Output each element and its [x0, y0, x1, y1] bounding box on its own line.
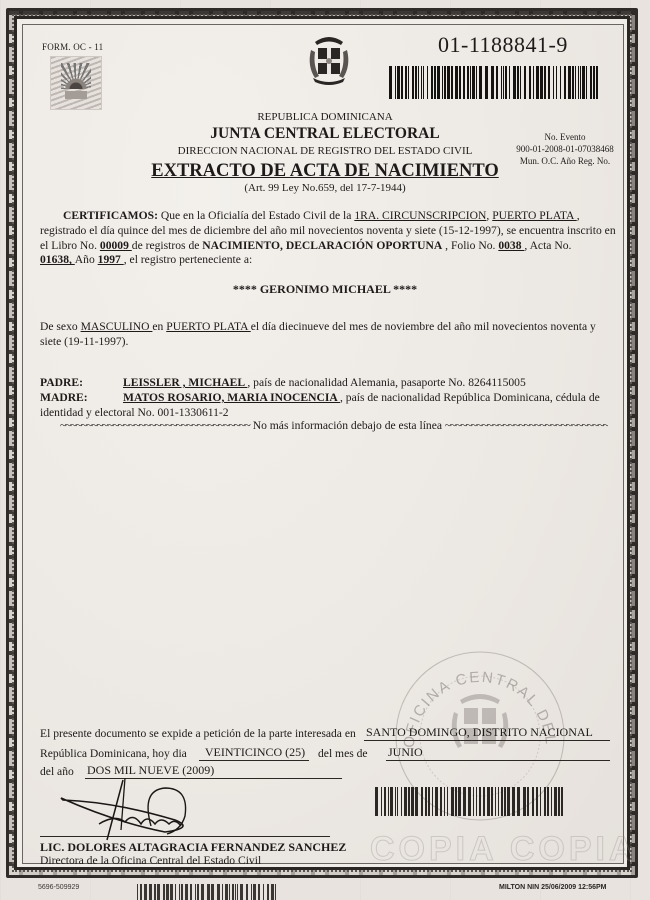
- footer-code: 5696-509929: [38, 884, 79, 891]
- birth-paragraph: De sexo MASCULINO en PUERTO PLATA el día…: [40, 320, 618, 350]
- coat-of-arms-icon: [303, 32, 355, 88]
- birth-text: en: [152, 320, 166, 333]
- father-row: PADRE:LEISSLER , MICHAEL , país de nacio…: [40, 376, 618, 391]
- issuance-place-field: SANTO DOMINGO, DISTRITO NACIONAL: [364, 725, 610, 741]
- folio-value: 0038: [498, 239, 524, 252]
- footer-print-stamp: MILTON NIN 25/06/2009 12:56PM: [499, 884, 607, 891]
- evento-block: No. Evento 900-01-2008-01-07038468 Mun. …: [500, 131, 630, 167]
- evento-label: No. Evento: [500, 131, 630, 143]
- tilde-line: ~~~~~~~~~~~~~~~~~~~~~~~~~~~~~~~~~~~~: [60, 419, 250, 432]
- cert-text: de registros de: [132, 239, 203, 252]
- country-heading: REPUBLICA DOMINICANA: [150, 111, 500, 123]
- issuance-day-field: VEINTICINCO (25): [199, 745, 309, 761]
- evento-number: 900-01-2008-01-07038468: [500, 143, 630, 155]
- cert-text: , Folio No.: [442, 239, 498, 252]
- separator-text: No más información debajo de esta línea: [250, 419, 445, 432]
- father-info: , país de nacionalidad Alemania, pasapor…: [247, 376, 525, 389]
- mother-row: MADRE:MATOS ROSARIO, MARIA INOCENCIA , p…: [40, 391, 618, 421]
- issuance-text-2: República Dominicana, hoy dia: [40, 747, 187, 760]
- registro-tipo: NACIMIENTO, DECLARACIÓN OPORTUNA: [202, 239, 442, 252]
- barcode-top: [389, 66, 600, 99]
- legal-reference: (Art. 99 Ley No.659, del 17-7-1944): [150, 182, 500, 194]
- signer-title: Directora de la Oficina Central del Esta…: [40, 854, 261, 867]
- cert-text: Que en la Oficialía del Estado Civil de …: [158, 209, 354, 222]
- cert-text: , Acta No.: [524, 239, 571, 252]
- directorate-heading: DIRECCION NACIONAL DE REGISTRO DEL ESTAD…: [130, 145, 520, 157]
- certification-paragraph: CERTIFICAMOS: Que en la Oficialía del Es…: [40, 209, 618, 268]
- tilde-line: ~~~~~~~~~~~~~~~~~~~~~~~~~~~~~~~~~~~~~~~~…: [445, 419, 608, 432]
- cert-text: Año: [75, 253, 98, 266]
- birth-text: De sexo: [40, 320, 81, 333]
- end-of-info-separator: ~~~~~~~~~~~~~~~~~~~~~~~~~~~~~~~~~~~~ No …: [60, 419, 608, 432]
- registrant-name: **** GERONIMO MICHAEL ****: [0, 282, 650, 297]
- barcode-bottom: [375, 787, 563, 816]
- mother-label: MADRE:: [40, 391, 123, 406]
- libro-value: 00009: [100, 239, 132, 252]
- signer-name: LIC. DOLORES ALTAGRACIA FERNANDEZ SANCHE…: [40, 840, 346, 855]
- evento-legend: Mun. O.C. Año Reg. No.: [500, 155, 630, 167]
- parents-section: PADRE:LEISSLER , MICHAEL , país de nacio…: [40, 376, 618, 420]
- cert-text: , el registro perteneciente a:: [124, 253, 252, 266]
- father-label: PADRE:: [40, 376, 123, 391]
- sexo-value: MASCULINO: [81, 320, 153, 333]
- issuance-month-label: del mes de: [318, 747, 368, 760]
- certification-lead: CERTIFICAMOS:: [63, 209, 158, 222]
- form-code: FORM. OC - 11: [42, 42, 103, 52]
- document-number: 01-1188841-9: [438, 32, 568, 58]
- circunscripcion-value: 1RA. CIRCUNSCRIPCION: [354, 209, 486, 222]
- issuance-month-field: JUNIO: [386, 745, 610, 761]
- jce-logo-icon: [50, 56, 102, 110]
- footer-barcode: [137, 884, 277, 900]
- acta-value: 01638,: [40, 253, 75, 266]
- sun-rays-icon: [61, 63, 91, 89]
- birth-place-value: PUERTO PLATA: [166, 320, 250, 333]
- signature-icon: [55, 772, 225, 842]
- copia-watermark: COPIA COPIA: [370, 830, 638, 869]
- cert-text: ,: [577, 209, 580, 222]
- father-name: LEISSLER , MICHAEL: [123, 376, 247, 389]
- issuance-text-1: El presente documento se expide a petici…: [40, 727, 356, 740]
- document-title: EXTRACTO DE ACTA DE NACIMIENTO: [120, 161, 530, 182]
- logo-base: [65, 91, 87, 99]
- municipio-value: PUERTO PLATA: [492, 209, 576, 222]
- institution-heading: JUNTA CENTRAL ELECTORAL: [150, 125, 500, 143]
- anio-value: 1997: [98, 253, 124, 266]
- mother-name: MATOS ROSARIO, MARIA INOCENCIA: [123, 391, 340, 404]
